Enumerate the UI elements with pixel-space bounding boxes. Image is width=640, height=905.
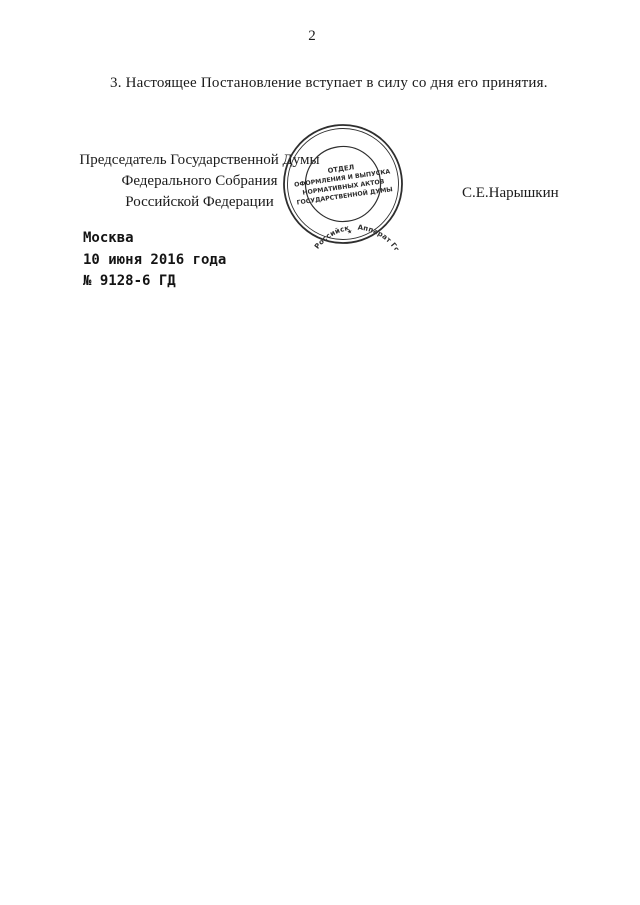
issuance-city: Москва <box>83 228 226 250</box>
issuance-date: 10 июня 2016 года <box>83 250 226 272</box>
page-number: 2 <box>0 28 624 45</box>
signer-name: С.Е.Нарышкин <box>462 185 559 202</box>
official-stamp: Аппарат Государственной Думы Федеральног… <box>277 118 409 250</box>
stamp-seal-icon: Аппарат Государственной Думы Федеральног… <box>277 118 409 250</box>
stamp-star-icon: ★ <box>347 228 353 236</box>
issuance-block: Москва 10 июня 2016 года № 9128-6 ГД <box>83 228 226 293</box>
document-page: 2 3. Настоящее Постановление вступает в … <box>0 0 640 905</box>
issuance-number: № 9128-6 ГД <box>83 271 226 293</box>
resolution-paragraph: 3. Настоящее Постановление вступает в си… <box>110 75 580 92</box>
